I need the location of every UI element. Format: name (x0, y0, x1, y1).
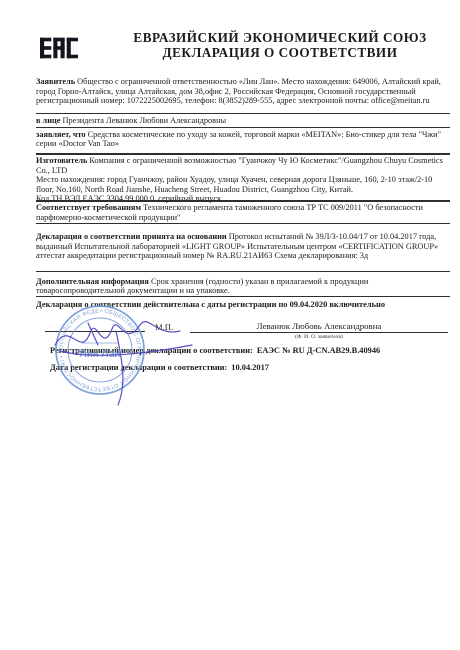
applicant-label: Заявитель (36, 77, 75, 86)
section-declares: заявляет, что Средства косметические по … (36, 130, 452, 149)
stamp-and-signature: • ОБЩЕСТВО С ОГРАНИЧЕННОЙ ОТВЕТСТВЕННОСТ… (30, 293, 230, 411)
divider (36, 223, 450, 224)
person-label: в лице (36, 116, 60, 125)
section-manufacturer: Изготовитель Компания с ограниченной воз… (36, 156, 452, 204)
title-line-declaration: ДЕКЛАРАЦИЯ О СООТВЕТСТВИИ (108, 46, 452, 61)
registration-date-value: 10.04.2017 (231, 363, 269, 372)
divider (36, 127, 450, 128)
declaration-document: ЕВРАЗИЙСКИЙ ЭКОНОМИЧЕСКИЙ СОЮЗ ДЕКЛАРАЦИ… (0, 0, 460, 650)
company-stamp-icon: • ОБЩЕСТВО С ОГРАНИЧЕННОЙ ОТВЕТСТВЕННОСТ… (30, 293, 230, 411)
title-line-union: ЕВРАЗИЙСКИЙ ЭКОНОМИЧЕСКИЙ СОЮЗ (108, 31, 452, 46)
section-person: в лице Президента Леванюк Любови Алексан… (36, 116, 452, 126)
basis-label: Декларация о соответствии принята на осн… (36, 232, 227, 241)
divider (36, 113, 450, 114)
section-compliance: Соответствует требованиям Технического р… (36, 203, 452, 222)
registration-number-value: ЕАЭС № RU Д-CN.АВ29.В.40946 (257, 346, 380, 355)
divider (36, 271, 450, 272)
person-text: Президента Леванюк Любови Александровны (60, 116, 226, 125)
section-basis: Декларация о соответствии принята на осн… (36, 232, 452, 261)
compliance-label: Соответствует требованиям (36, 203, 141, 212)
eac-logo (40, 27, 78, 69)
manufacturer-line2: Место нахождения: город Гуанчжоу, район … (36, 175, 452, 194)
declares-label: заявляет, что (36, 130, 86, 139)
additional-label: Дополнительная информация (36, 277, 149, 286)
section-applicant: Заявитель Общество с ограниченной ответс… (36, 77, 452, 106)
divider (36, 153, 450, 155)
handwritten-signature-icon (55, 322, 192, 405)
eac-mark-icon (40, 27, 78, 69)
manufacturer-label: Изготовитель (36, 156, 87, 165)
applicant-text: Общество с ограниченной ответственностью… (36, 77, 441, 105)
declares-text: Средства косметические по уходу за кожей… (36, 130, 441, 149)
divider (36, 200, 450, 202)
document-title: ЕВРАЗИЙСКИЙ ЭКОНОМИЧЕСКИЙ СОЮЗ ДЕКЛАРАЦИ… (108, 31, 452, 60)
manufacturer-line1: Изготовитель Компания с ограниченной воз… (36, 156, 452, 175)
manufacturer-text1: Компания с ограниченной возможностью "Гу… (36, 156, 443, 175)
